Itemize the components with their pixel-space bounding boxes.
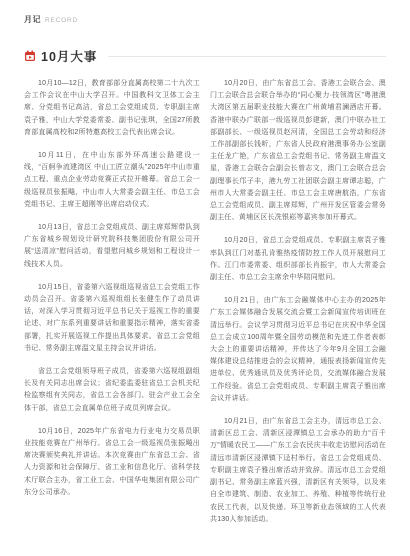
right-column: 10月20日，由广东省总工会、香港工会联合会、澳门工会联合总会联合举办的“同心聚… xyxy=(210,78,386,537)
paragraph-left-4: 10月15日，省委第六巡视组巡视省总工会党组工作动员会召开。省委第六巡视组组长张… xyxy=(24,282,200,355)
calendar-icon xyxy=(24,50,36,62)
paragraph-right-3: 10月21日，由广东工会融媒体中心主办的2025年广东工会媒体融合发展交流会暨工… xyxy=(210,295,386,405)
paragraph-left-3: 10月13日，省总工会党组成员、副主席郑辉带队到广东省城乡规划设计研究院科技集团… xyxy=(24,222,200,271)
divider-line xyxy=(108,56,386,57)
paragraph-left-1: 10月10—12日，教育部部分直属高校第二十九次工会工作会议在中山大学召开。中国… xyxy=(24,78,200,139)
page-header: 月记 RECORD xyxy=(24,14,386,25)
column-subtitle: RECORD xyxy=(45,17,78,24)
paragraph-right-4: 10月21日，由广东省总工会主办，清远市总工会、清新区总工会、清新区浸潭镇总工会… xyxy=(210,416,386,526)
paragraph-right-1: 10月20日，由广东省总工会、香港工会联合会、澳门工会联合总会联合举办的“同心聚… xyxy=(210,78,386,224)
section-header: 10月大事 xyxy=(24,47,386,65)
paragraph-right-2: 10月20日，省总工会党组成员、专职副主席袁子雅率队到江门对基孔肯雅热疫情防控工… xyxy=(210,235,386,284)
column-title: 月记 xyxy=(24,14,41,25)
section-title: 10月大事 xyxy=(41,47,97,65)
paragraph-left-2: 10月11日，在中山东部外环高速公路建设一线，“百舸争流建湾区 中山工匠立潮头”… xyxy=(24,150,200,211)
left-column: 10月10—12日，教育部部分直属高校第二十九次工会工作会议在中山大学召开。中国… xyxy=(24,78,200,537)
magazine-page: 月记 RECORD 10月大事 10月10—12日，教育部部分直属高校第二十九次… xyxy=(0,0,410,556)
article-columns: 10月10—12日，教育部部分直属高校第二十九次工会工作会议在中山大学召开。中国… xyxy=(24,78,386,537)
paragraph-left-6: 10月16日，2025年广东省电力行业电力交易员职业技能竞赛在广州举行。省总工会… xyxy=(24,426,200,499)
paragraph-left-5: 省总工会党组领导班子成员，省委第六巡视组副组长及有关同志出席会议；省纪委监委驻省… xyxy=(24,366,200,415)
